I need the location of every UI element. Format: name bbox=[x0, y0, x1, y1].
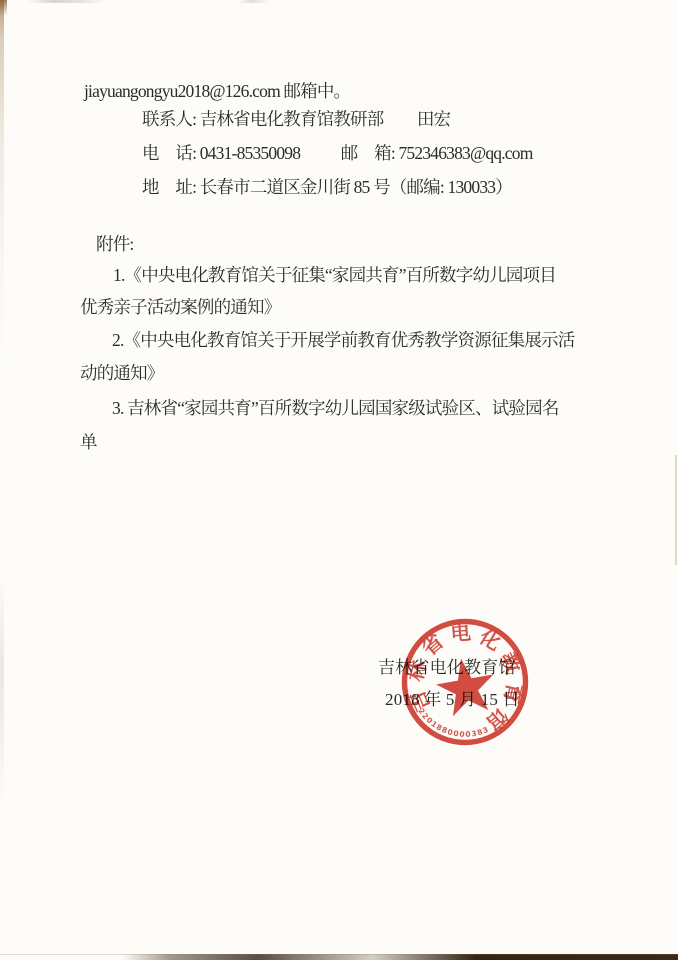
scan-artifact-right-edge bbox=[675, 455, 677, 565]
attachment-item-2-line-1: 2.《中央电化教育馆关于开展学前教育优秀教学资源征集展示活 bbox=[112, 329, 574, 351]
svg-text:化: 化 bbox=[475, 625, 506, 656]
paragraph-continuation-line: jiayuangongyu2018@126.com 邮箱中。 bbox=[84, 80, 350, 102]
scan-artifact-corner-mark bbox=[0, 0, 7, 16]
attachment-item-3-line-2: 单 bbox=[80, 431, 97, 453]
document-page: jiayuangongyu2018@126.com 邮箱中。 联系人: 吉林省电… bbox=[0, 0, 678, 960]
contact-phone-email-line: 电 话: 0431-85350098 邮 箱: 752346383@qq.com bbox=[142, 142, 533, 164]
contact-person-line: 联系人: 吉林省电化教育馆教研部 田宏 bbox=[142, 108, 450, 130]
attachment-item-2-line-2: 动的通知》 bbox=[80, 362, 164, 384]
svg-text:省: 省 bbox=[417, 629, 449, 661]
attachments-heading: 附件: bbox=[96, 233, 133, 255]
scan-artifact-bottom-edge bbox=[0, 954, 678, 960]
attachment-item-3-line-1: 3. 吉林省“家园共育”百所数字幼儿园国家级试验区、试验园名 bbox=[112, 397, 559, 419]
svg-text:0: 0 bbox=[453, 729, 460, 739]
attachment-item-1-line-1: 1.《中央电化教育馆关于征集“家园共育”百所数字幼儿园项目 bbox=[113, 264, 556, 286]
svg-text:0: 0 bbox=[465, 730, 471, 739]
star-icon bbox=[436, 659, 493, 717]
svg-text:电: 电 bbox=[450, 620, 473, 646]
contact-address-line: 地 址: 长春市二道区金川街 85 号（邮编: 130033） bbox=[142, 176, 512, 198]
official-seal-stamp: 吉林省电化教育馆 2201880000383 bbox=[397, 614, 533, 750]
scan-artifact-left-edge bbox=[0, 0, 4, 960]
seal-serial-number: 2201880000383 bbox=[416, 707, 489, 739]
attachment-item-1-line-2: 优秀亲子活动案例的通知》 bbox=[80, 296, 280, 318]
scan-artifact-top-edge bbox=[0, 0, 678, 3]
svg-text:0: 0 bbox=[459, 730, 465, 739]
